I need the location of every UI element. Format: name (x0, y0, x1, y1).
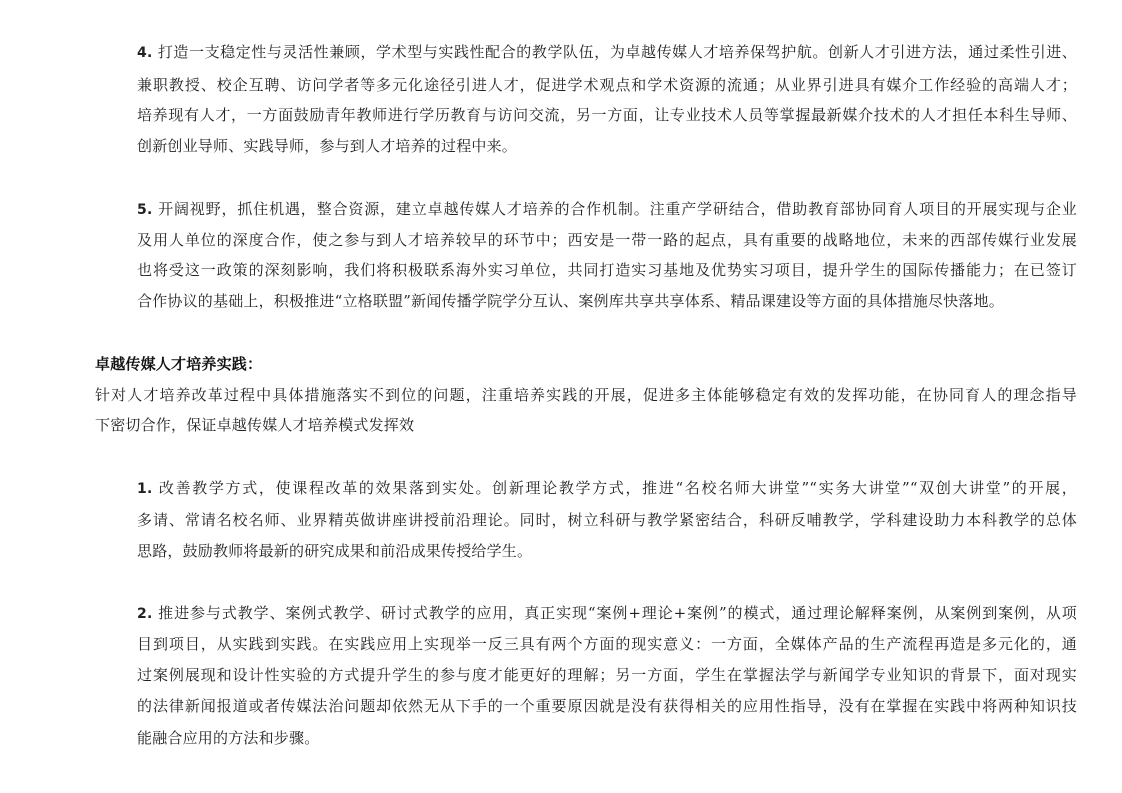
paragraph-line: 兼职教授、校企互聘、访问学者等多元化途径引进人才，促进学术观点和学术资源的流通；… (137, 75, 1077, 95)
paragraph-line: 4. 打造一支稳定性与灵活性兼顾，学术型与实践性配合的教学队伍，为卓越传媒人才培… (137, 42, 1077, 62)
paragraph-line: 也将受这一政策的深刻影响，我们将积极联系海外实习单位，共同打造实习基地及优势实习… (137, 260, 1077, 280)
paragraph-line: 及用人单位的深度合作，使之参与到人才培养较早的环节中；西安是一带一路的起点，具有… (137, 230, 1077, 250)
paragraph-line: 能融合应用的方法和步骤。 (137, 728, 1077, 748)
section-heading: 卓越传媒人才培养实践： (95, 354, 1077, 374)
paragraph-line: 5. 开阔视野，抓住机遇，整合资源，建立卓越传媒人才培养的合作机制。注重产学研结… (137, 199, 1077, 219)
paragraph-line: 目到项目，从实践到实践。在实践应用上实现举一反三具有两个方面的现实意义：一方面，… (137, 634, 1077, 654)
paragraph-line: 下密切合作，保证卓越传媒人才培养模式发挥效 (95, 415, 1077, 435)
paragraph-line: 创新创业导师、实践导师，参与到人才培养的过程中来。 (137, 136, 1077, 156)
paragraph-line: 思路，鼓励教师将最新的研究成果和前沿成果传授给学生。 (137, 541, 1077, 561)
paragraph-number: 1. (137, 481, 152, 497)
paragraph-number: 4. (137, 45, 152, 61)
paragraph-line: 2. 推进参与式教学、案例式教学、研讨式教学的应用，真正实现“案例+理论+案例”… (137, 603, 1077, 623)
paragraph-line: 合作协议的基础上，积极推进“立格联盟”新闻传播学院学分互认、案例库共享共享体系、… (137, 291, 1077, 311)
paragraph-number: 5. (137, 202, 152, 218)
paragraph-line: 过案例展现和设计性实验的方式提升学生的参与度才能更好的理解；另一方面，学生在掌握… (137, 665, 1077, 685)
paragraph-line: 1. 改善教学方式，使课程改革的效果落到实处。创新理论教学方式，推进“名校名师大… (137, 478, 1077, 498)
paragraph-line: 培养现有人才，一方面鼓励青年教师进行学历教育与访问交流，另一方面，让专业技术人员… (137, 105, 1077, 125)
paragraph-line: 的法律新闻报道或者传媒法治问题却依然无从下手的一个重要原因就是没有获得相关的应用… (137, 696, 1077, 716)
paragraph-line: 多请、常请名校名师、业界精英做讲座讲授前沿理论。同时，树立科研与教学紧密结合，科… (137, 510, 1077, 530)
paragraph-line: 针对人才培养改革过程中具体措施落实不到位的问题，注重培养实践的开展，促进多主体能… (95, 385, 1077, 405)
paragraph-number: 2. (137, 606, 152, 622)
document-page: 4. 打造一支稳定性与灵活性兼顾，学术型与实践性配合的教学队伍，为卓越传媒人才培… (0, 0, 1122, 793)
